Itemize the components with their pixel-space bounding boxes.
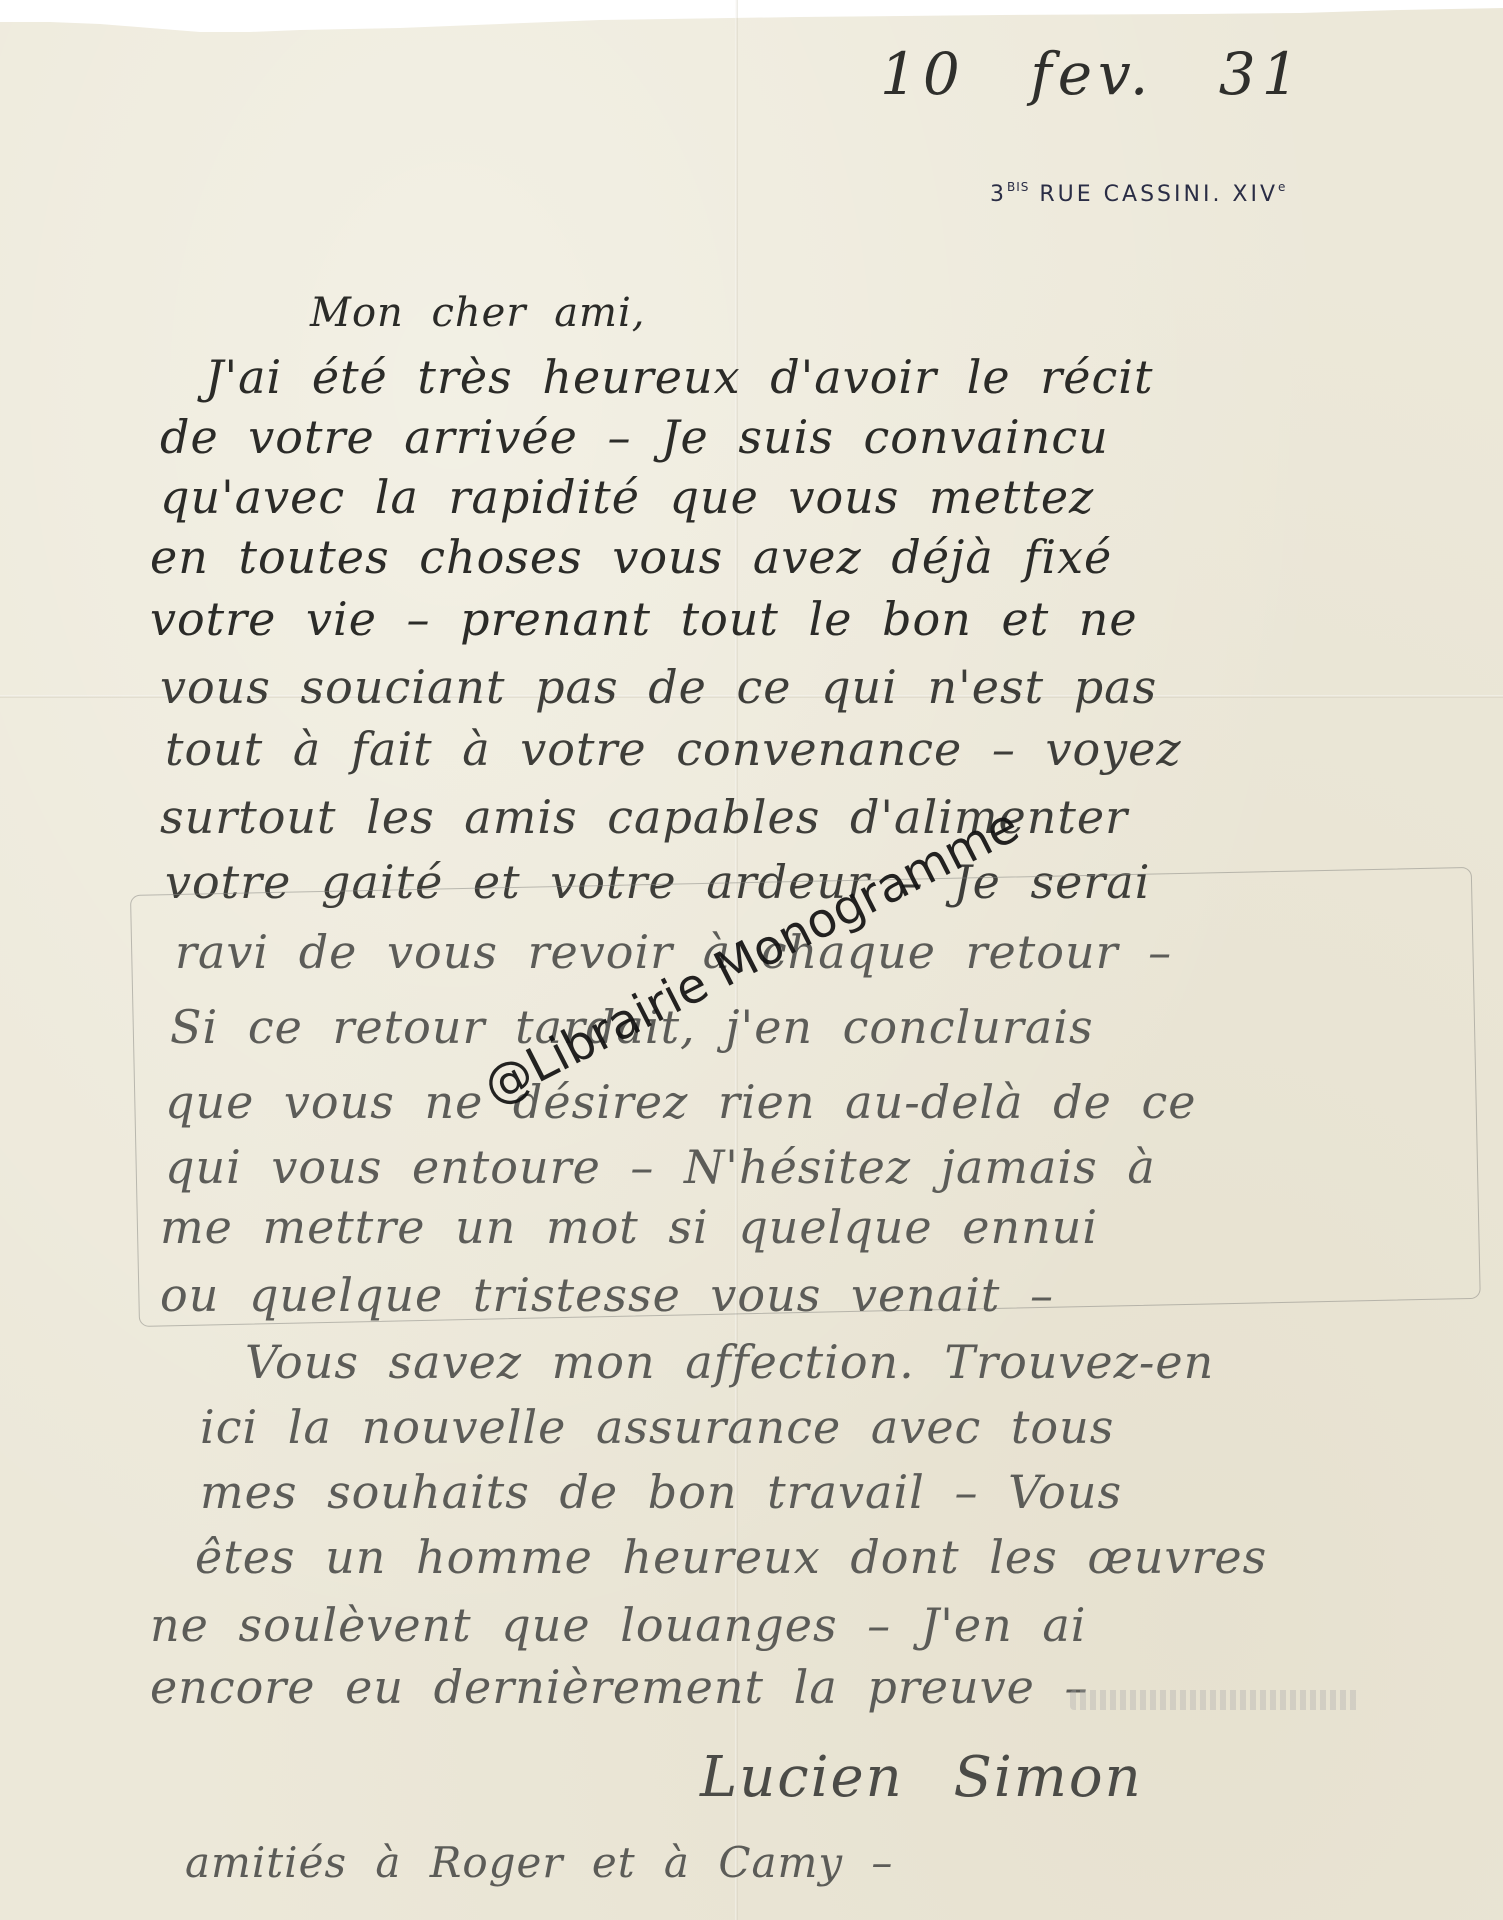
salutation: Mon cher ami, [310,290,645,336]
body-line: ne soulèvent que louanges – J'en ai [150,1598,1087,1652]
body-line: tout à fait à votre convenance – voyez [165,722,1182,776]
letter-paper: 10 fev. 31 3BIS RUE CASSINI. XIVe Mon ch… [0,0,1503,1920]
body-line: me mettre un mot si quelque ennui [160,1200,1098,1254]
body-line: votre vie – prenant tout le bon et ne [150,592,1138,646]
letterhead-address: 3BIS RUE CASSINI. XIVe [990,180,1286,207]
body-line: qui vous entoure – N'hésitez jamais à [165,1140,1156,1194]
body-line: que vous ne désirez rien au-delà de ce [165,1075,1196,1129]
signature: Lucien Simon [700,1745,1143,1810]
letterhead-number: 3 [990,182,1007,207]
body-line: Vous savez mon affection. Trouvez-en [245,1335,1214,1389]
postscript: amitiés à Roger et à Camy – [185,1838,893,1887]
body-line: en toutes choses vous avez déjà fixé [150,530,1112,584]
letterhead-suffix: BIS [1007,180,1029,194]
body-line: vous souciant pas de ce qui n'est pas [160,660,1157,714]
faint-stamp-bleedthrough [1070,1690,1360,1710]
body-line: êtes un homme heureux dont les œuvres [195,1530,1267,1584]
torn-top-edge [0,0,1503,40]
body-line: ou quelque tristesse vous venait – [160,1268,1054,1322]
letterhead-street: RUE CASSINI. XIV [1039,182,1278,207]
body-line: ici la nouvelle assurance avec tous [200,1400,1114,1454]
body-line: qu'avec la rapidité que vous mettez [160,470,1094,524]
body-line: de votre arrivée – Je suis convaincu [160,410,1109,464]
body-line: mes souhaits de bon travail – Vous [200,1465,1122,1519]
letter-date: 10 fev. 31 [880,40,1305,108]
letterhead-arrondissement: e [1278,180,1286,194]
body-line: encore eu dernièrement la preuve – [150,1660,1089,1714]
body-line: J'ai été très heureux d'avoir le récit [205,350,1153,404]
